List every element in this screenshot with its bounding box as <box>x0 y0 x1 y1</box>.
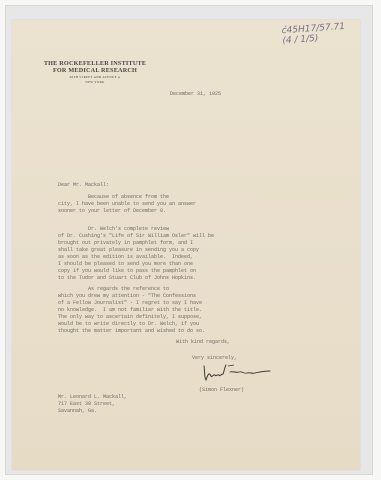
paragraph-3: As regards the reference to which you dr… <box>58 286 205 335</box>
letterhead-address: 66TH STREET AND AVENUE A <box>30 75 160 79</box>
typed-signature-name: (Simon Flexner) <box>199 387 244 394</box>
letterhead-line-2: FOR MEDICAL RESEARCH <box>30 67 160 74</box>
recipient-address: Mr. Leonard L. Mackall, 717 East 30 Stre… <box>58 394 127 415</box>
paragraph-2: Dr. Welch's complete review of Dr. Cushi… <box>58 226 214 282</box>
signature-icon <box>200 362 272 384</box>
handwritten-signature <box>200 362 272 384</box>
letter-date: December 31, 1925 <box>170 91 221 98</box>
closing: Very sincerely, <box>192 355 237 362</box>
paragraph-1: Because of absence from the city, I have… <box>58 194 196 215</box>
letterhead: THE ROCKEFELLER INSTITUTE FOR MEDICAL RE… <box>30 60 160 84</box>
closing-regards: With kind regards, <box>176 339 230 346</box>
salutation: Dear Mr. Mackall: <box>58 182 109 189</box>
letterhead-city: NEW YORK <box>30 80 160 84</box>
letterhead-line-1: THE ROCKEFELLER INSTITUTE <box>30 60 160 67</box>
